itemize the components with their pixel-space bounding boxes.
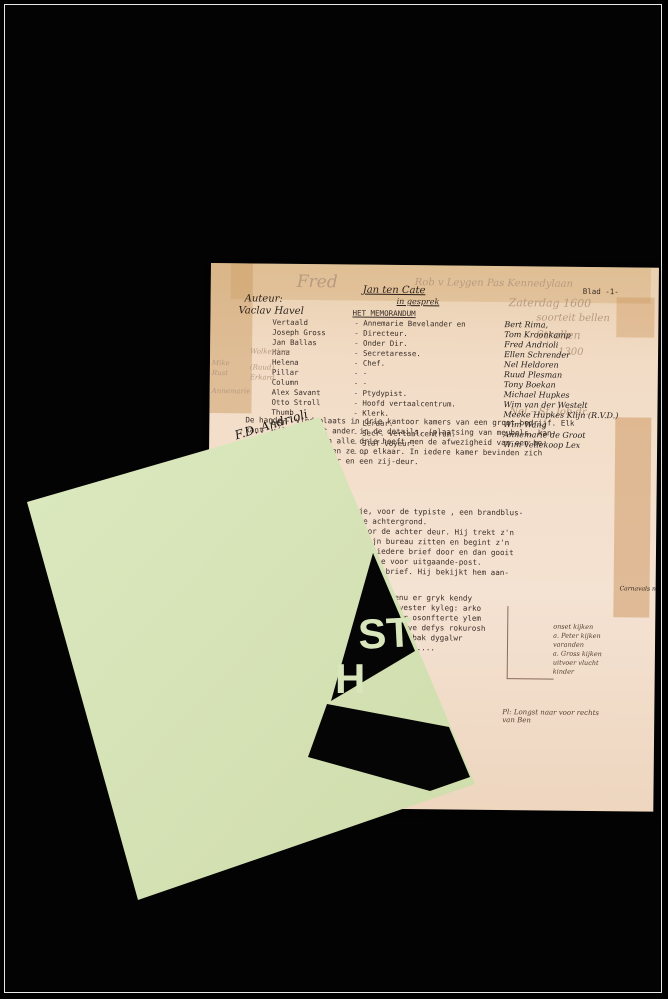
margin-note: (Ruud) [250, 363, 274, 371]
author-name: Vaclav Havel [238, 305, 303, 317]
cast-actor: Ruud Plesman [504, 370, 562, 381]
footer-note: Pl: Longst naar voor rechts van Ben [502, 708, 612, 725]
body-paragraph: irecteur. een klein bureautje, voor de t… [244, 495, 524, 588]
page-label: Blad -1- [583, 287, 619, 296]
stage-notes: onset kijkena. Peter kijkenvarandena. Gr… [553, 623, 603, 678]
margin-note: Wolkerdam [250, 347, 290, 355]
handwritten-director-note: in gesprek [397, 297, 440, 306]
handwritten-date: Zaterdag 1600 [509, 296, 592, 310]
margin-note: Mike [212, 359, 230, 367]
cast-actor: Bert Rima, [504, 320, 548, 330]
handwritten-name: Fred [297, 272, 338, 292]
cast-actor: Tom Kroonkamp [504, 330, 571, 341]
cast-actor: Nel Heldoren [504, 360, 559, 371]
margin-note: Annemarie [212, 387, 251, 395]
stage-note: kinder [553, 668, 602, 678]
cast-actor: Fred Andrioli [504, 340, 558, 351]
author-label: Auteur: [245, 293, 283, 304]
memo-title: HET MEMORANDUM [352, 308, 415, 318]
script-page: Fred Jan ten Cate in gesprek Auteur: Vac… [205, 263, 659, 812]
side-note: Carnavals naam [620, 585, 659, 593]
cast-actor: Tony Boekan [504, 380, 556, 391]
stage-note: uitvoer vlucht [553, 659, 602, 669]
tape-strip [616, 297, 654, 337]
photo-frame: Fred Jan ten Cate in gesprek Auteur: Vac… [4, 4, 662, 993]
cast-actor: Ellen Schrender [504, 350, 570, 361]
cast-actor: Michael Hupkes [504, 390, 570, 401]
stage-sketch [507, 606, 555, 679]
body-paragraph: emusche, dagar yd, ateo renu er gryk ken… [243, 591, 486, 654]
margin-note: Erkard [250, 373, 275, 381]
margin-note: Rust [212, 369, 228, 377]
handwritten-address: Rob v Leygen Pas Kennedylaan [415, 277, 573, 290]
